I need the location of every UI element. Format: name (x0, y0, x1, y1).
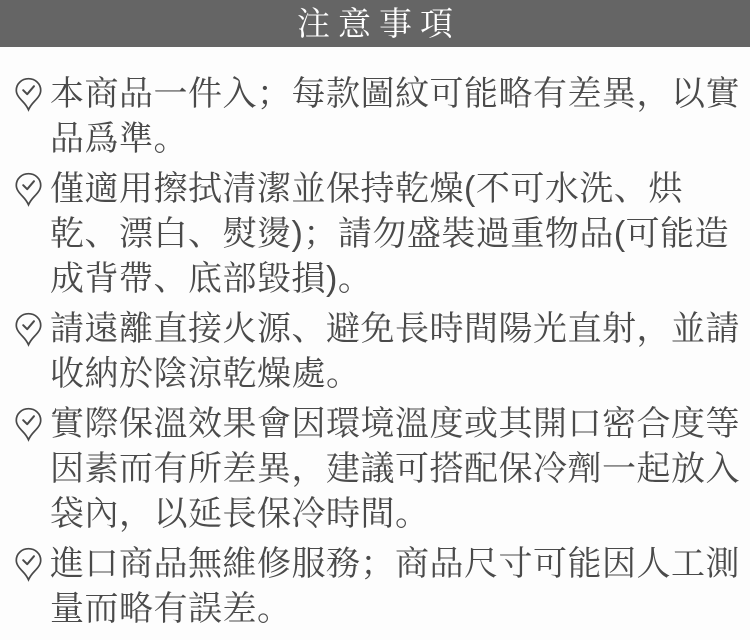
notice-text: 進口商品無維修服務；商品尺寸可能因人工測量而略有誤差。 (50, 542, 742, 632)
notice-item: 僅適用擦拭清潔並保持乾燥(不可水洗、烘乾、漂白、熨燙)；請勿盛裝過重物品(可能造… (14, 167, 742, 302)
notice-item: 實際保溫效果會因環境溫度或其開口密合度等因素而有所差異，建議可搭配保冷劑一起放入… (14, 402, 742, 537)
notice-text: 僅適用擦拭清潔並保持乾燥(不可水洗、烘乾、漂白、熨燙)；請勿盛裝過重物品(可能造… (50, 167, 742, 302)
notice-item: 請遠離直接火源、避免長時間陽光直射，並請收納於陰涼乾燥處。 (14, 307, 742, 397)
notice-header: 注意事項 (0, 0, 750, 47)
notice-text: 實際保溫效果會因環境溫度或其開口密合度等因素而有所差異，建議可搭配保冷劑一起放入… (50, 402, 742, 537)
notice-item: 本商品一件入；每款圖紋可能略有差異，以實品爲準。 (14, 72, 742, 162)
pin-check-icon (14, 172, 44, 208)
notice-text: 請遠離直接火源、避免長時間陽光直射，並請收納於陰涼乾燥處。 (50, 307, 742, 397)
pin-check-icon (14, 547, 44, 583)
notice-list: 本商品一件入；每款圖紋可能略有差異，以實品爲準。 僅適用擦拭清潔並保持乾燥(不可… (0, 47, 750, 632)
notice-header-title: 注意事項 (297, 7, 461, 40)
notice-item: 進口商品無維修服務；商品尺寸可能因人工測量而略有誤差。 (14, 542, 742, 632)
pin-check-icon (14, 77, 44, 113)
pin-check-icon (14, 312, 44, 348)
pin-check-icon (14, 407, 44, 443)
notice-text: 本商品一件入；每款圖紋可能略有差異，以實品爲準。 (50, 72, 742, 162)
